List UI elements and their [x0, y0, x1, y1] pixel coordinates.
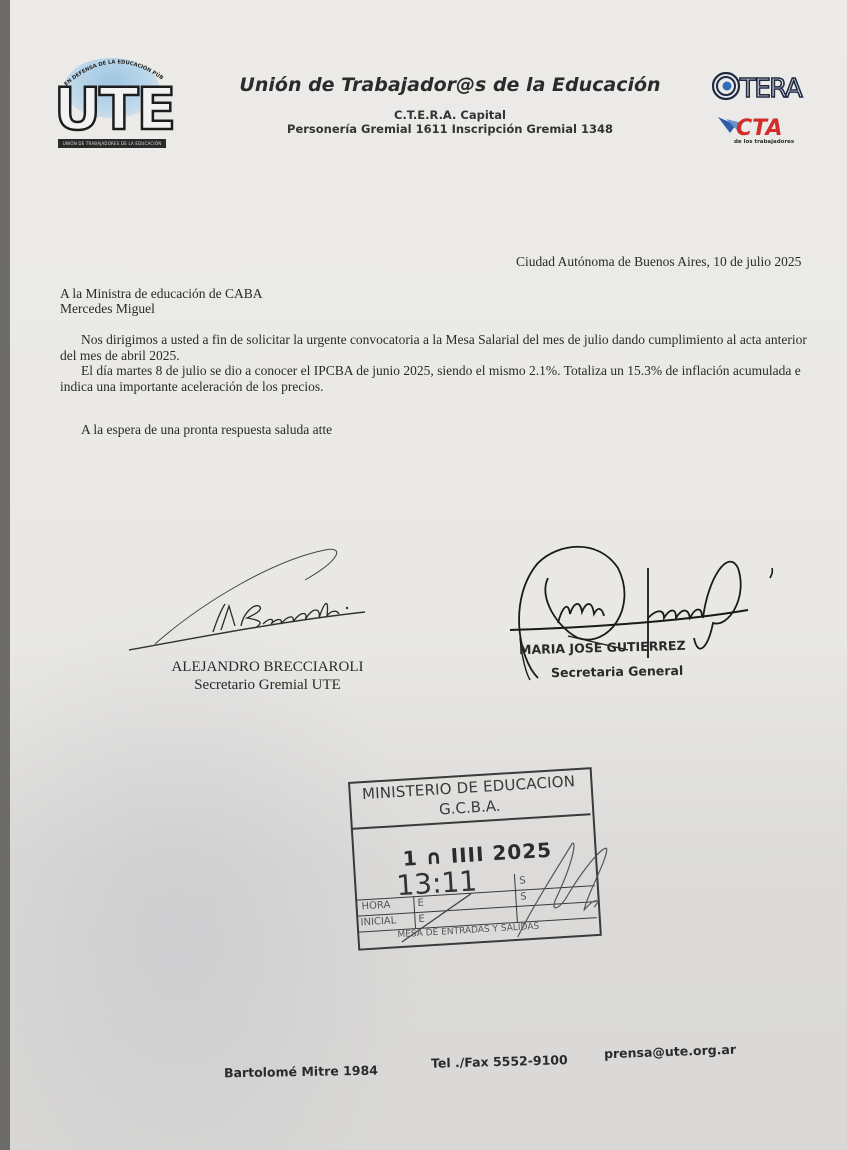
- stamp-slash: [395, 889, 478, 944]
- stamp-hora-label: HORA: [361, 900, 390, 913]
- stamp-inicial-label: INICIAL: [360, 915, 396, 928]
- addressee: A la Ministra de educación de CABA Merce…: [60, 286, 262, 316]
- org-subtitle: C.T.E.R.A. Capital: [230, 108, 670, 122]
- letter-page: EN DEFENSA DE LA EDUCACIÓN PÚBLICA UTE U…: [10, 0, 847, 1150]
- cta-logo: CTA de los trabajadores: [716, 113, 806, 151]
- org-registration: Personería Gremial 1611 Inscripción Grem…: [230, 122, 670, 136]
- letter-body: Nos dirigimos a usted a fin de solicitar…: [60, 332, 815, 394]
- signatory-role: Secretario Gremial UTE: [130, 677, 405, 694]
- footer-email: prensa@ute.org.ar: [604, 1042, 736, 1062]
- cta-logo-mark: CTA: [716, 113, 806, 139]
- ctera-logo: TERA: [712, 70, 807, 102]
- footer-address: Bartolomé Mitre 1984: [224, 1063, 378, 1081]
- signatory-name: ALEJANDRO BRECCIAROLI: [130, 659, 405, 676]
- addressee-line: A la Ministra de educación de CABA: [60, 286, 262, 301]
- reception-stamp: MINISTERIO DE EDUCACION G.C.B.A. 1 ∩ III…: [348, 767, 606, 952]
- signatory-role: Secretaria General: [551, 663, 683, 680]
- paragraph: Nos dirigimos a usted a fin de solicitar…: [60, 332, 815, 363]
- place-date: Ciudad Autónoma de Buenos Aires, 10 de j…: [516, 254, 801, 270]
- ute-logo: EN DEFENSA DE LA EDUCACIÓN PÚBLICA UTE U…: [46, 50, 171, 155]
- ute-logo-letters: UTE: [54, 80, 174, 138]
- ute-logo-band: UNIÓN DE TRABAJADORES DE LA EDUCACIÓN: [58, 139, 166, 148]
- cta-logo-subtext: de los trabajadores: [734, 139, 794, 145]
- svg-text:TERA: TERA: [739, 74, 803, 102]
- addressee-line: Mercedes Miguel: [60, 301, 262, 316]
- closing: A la espera de una pronta respuesta salu…: [81, 422, 332, 438]
- org-title: Unión de Trabajador@s de la Educación: [230, 74, 670, 96]
- svg-text:CTA: CTA: [736, 116, 782, 139]
- paragraph: El día martes 8 de julio se dio a conoce…: [60, 363, 815, 394]
- signature-brecciaroli: [125, 540, 375, 655]
- footer-phone: Tel ./Fax 5552-9100: [431, 1052, 568, 1071]
- stamp-initials-scribble: [502, 836, 618, 943]
